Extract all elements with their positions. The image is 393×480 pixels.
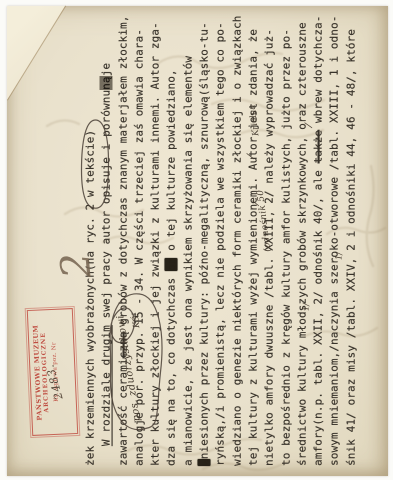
margin-note-loop (110, 294, 162, 430)
rotated-content: żek krzemiennych wyobrażonych(na ryc. 2 … (7, 6, 388, 476)
paper-sheet: żek krzemiennych wyobrażonych(na ryc. 2 … (7, 6, 388, 476)
ink-loop-marks (7, 6, 388, 476)
tekscie-loop (81, 120, 108, 208)
scanned-page: żek krzemiennych wyobrażonych(na ryc. 2 … (0, 0, 393, 480)
